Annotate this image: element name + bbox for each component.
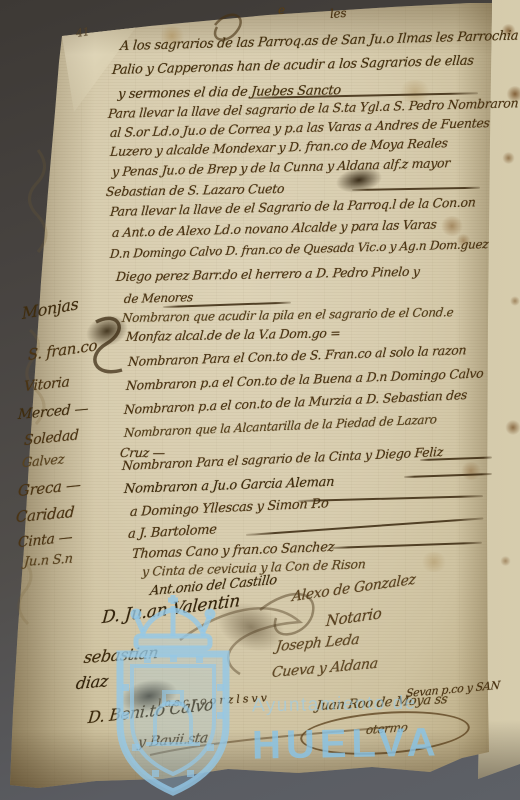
- top-flourish-mark: e: [278, 4, 285, 16]
- manuscript-line: de Menores: [124, 291, 194, 305]
- manuscript-line: y sermones el dia de Juebes Sancto: [117, 84, 341, 101]
- top-note-mark: les: [330, 7, 347, 20]
- signature: diaz: [75, 673, 109, 692]
- manuscript-line: Sebastian de S. Lazaro Cueto: [105, 183, 284, 199]
- signature: otermo: [365, 721, 408, 736]
- archive-photo: 41 e les A los sagrarios de las Parroq.a…: [0, 0, 520, 800]
- pencil-folio-number: 41: [75, 26, 90, 39]
- margin-name: Ju.n S.n: [24, 553, 74, 569]
- margin-name: Galvez: [22, 453, 65, 470]
